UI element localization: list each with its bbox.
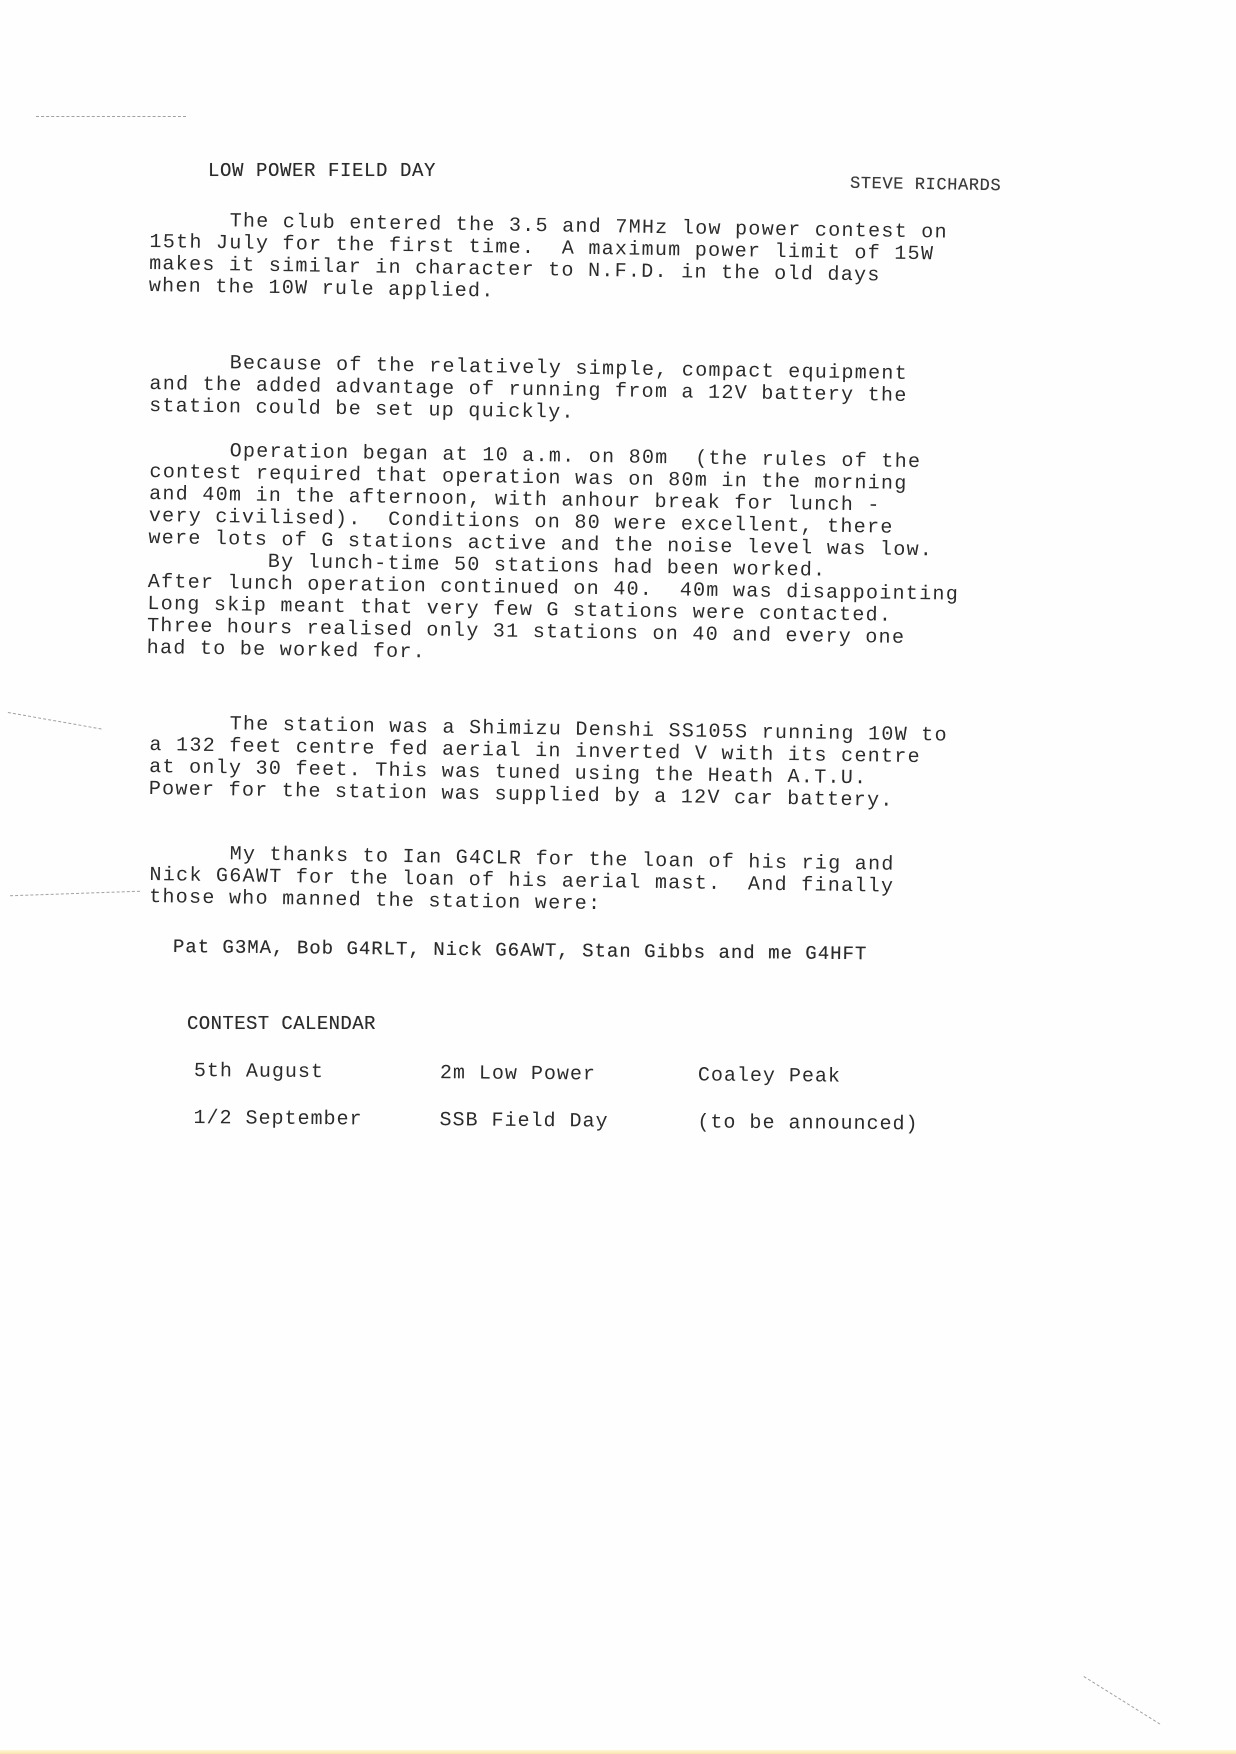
- scan-artifact-line: [10, 891, 140, 897]
- calendar-event: SSB Field Day: [439, 1109, 697, 1158]
- contest-calendar-heading: CONTEST CALENDAR: [187, 1013, 376, 1035]
- paragraph-station: The station was a Shimizu Denshi SS105S …: [149, 713, 1150, 817]
- calendar-row: 5th August 2m Low Power Coaley Peak: [194, 1060, 919, 1113]
- calendar-date: 1/2 September: [193, 1107, 439, 1156]
- calendar-row: 1/2 September SSB Field Day (to be annou…: [193, 1107, 918, 1160]
- scan-artifact-line: [1083, 1676, 1160, 1725]
- calendar-event: 2m Low Power: [440, 1062, 698, 1111]
- scanned-page: LOW POWER FIELD DAY STEVE RICHARDS The c…: [0, 0, 1236, 1754]
- page-bottom-edge: [0, 1750, 1236, 1754]
- calendar-location: Coaley Peak: [698, 1064, 919, 1113]
- calendar-date: 5th August: [194, 1060, 440, 1109]
- contest-calendar-table: 5th August 2m Low Power Coaley Peak 1/2 …: [193, 1060, 919, 1160]
- article-title: LOW POWER FIELD DAY: [208, 160, 436, 182]
- paragraph-thanks: My thanks to Ian G4CLR for the loan of h…: [149, 843, 1150, 925]
- operators-list: Pat G3MA, Bob G4RLT, Nick G6AWT, Stan Gi…: [173, 936, 868, 965]
- paragraph-operation: Operation began at 10 a.m. on 80m (the r…: [147, 440, 1150, 676]
- scan-artifact-line: [36, 116, 186, 117]
- article-author: STEVE RICHARDS: [850, 175, 1002, 196]
- paragraph-intro: The club entered the 3.5 and 7MHz low po…: [149, 210, 1150, 314]
- calendar-location: (to be announced): [697, 1111, 918, 1160]
- scan-artifact-line: [8, 712, 102, 729]
- paragraph-equipment: Because of the relatively simple, compac…: [149, 352, 1150, 434]
